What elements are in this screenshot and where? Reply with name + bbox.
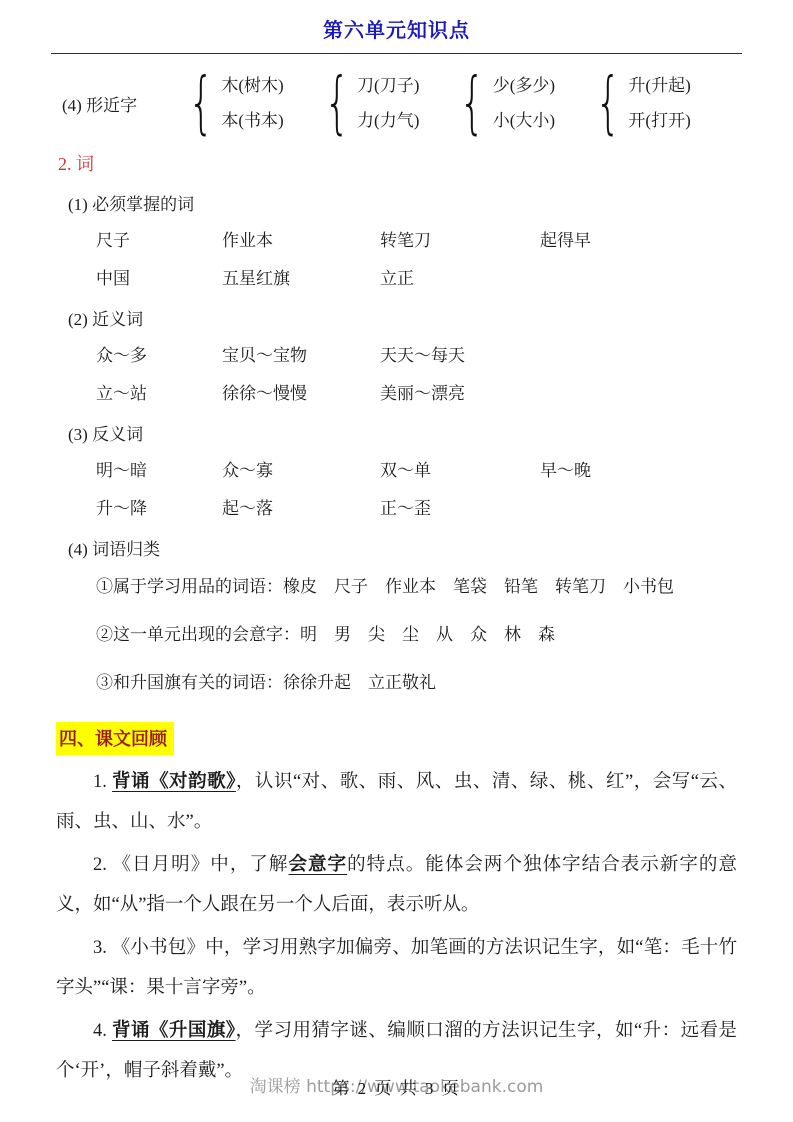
document-page: 第六单元知识点 (4) 形近字 { 木(树木) 本(书本) { 刀(刀子) 力(… — [0, 0, 793, 1122]
word-cell: 天天～每天 — [380, 344, 540, 368]
word-cell — [540, 382, 737, 406]
brace-item: 木(树木) — [221, 71, 283, 101]
word-cell — [540, 497, 737, 521]
word-cell — [540, 267, 737, 291]
page-title: 第六单元知识点 — [56, 14, 737, 43]
left-brace-icon: { — [324, 69, 350, 137]
word-cell: 徐徐～慢慢 — [222, 382, 380, 406]
header-divider — [51, 53, 742, 54]
word-cell: 中国 — [96, 267, 222, 291]
word-cell: 转笔刀 — [380, 229, 540, 253]
classification-label: (4) 词语归类 — [68, 535, 737, 560]
text-run-bold-underline: 会意字 — [288, 855, 347, 875]
word-row: 尺子 作业本 转笔刀 起得早 — [56, 229, 737, 253]
classification-item: ③和升国旗有关的词语：徐徐升起 立正敬礼 — [56, 670, 737, 696]
word-cell: 明～暗 — [96, 459, 222, 483]
review-paragraph: 3. 《小书包》中，学习用熟字加偏旁、加笔画的方法识记生字，如“笔：毛十竹字头”… — [56, 929, 737, 1009]
mastery-words-label: (1) 必须掌握的词 — [68, 190, 737, 215]
brace-group: { 少(多少) 小(大小) — [455, 71, 555, 136]
word-cell: 作业本 — [222, 229, 380, 253]
similar-characters-label: (4) 形近字 — [62, 91, 184, 116]
text-run: 1. — [93, 772, 112, 792]
left-brace-icon: { — [188, 69, 214, 137]
text-run-bold-underline: 背诵《对韵歌》 — [112, 772, 236, 792]
word-cell: 众～多 — [96, 344, 222, 368]
synonyms-label: (2) 近义词 — [68, 305, 737, 330]
brace-item: 升(升起) — [628, 71, 690, 101]
word-cell: 立正 — [380, 267, 540, 291]
section-similar-characters: (4) 形近字 { 木(树木) 本(书本) { 刀(刀子) 力(力气) { 少(… — [62, 64, 737, 142]
brace-group: { 升(升起) 开(打开) — [591, 71, 691, 136]
text-run-bold-underline: 背诵《升国旗》 — [112, 1021, 236, 1041]
word-row: 升～降 起～落 正～歪 — [56, 497, 737, 521]
word-cell: 双～单 — [380, 459, 540, 483]
brace-group: { 木(树木) 本(书本) — [184, 71, 284, 136]
word-cell: 立～站 — [96, 382, 222, 406]
brace-item: 少(多少) — [493, 71, 555, 101]
antonyms-label: (3) 反义词 — [68, 420, 737, 445]
word-cell: 升～降 — [96, 497, 222, 521]
brace-item: 刀(刀子) — [357, 71, 419, 101]
word-cell: 早～晚 — [540, 459, 737, 483]
word-row: 立～站 徐徐～慢慢 美丽～漂亮 — [56, 382, 737, 406]
left-brace-icon: { — [595, 69, 621, 137]
word-cell: 美丽～漂亮 — [380, 382, 540, 406]
text-run: 3. 《小书包》中，学习用熟字加偏旁、加笔画的方法识记生字，如“笔：毛十竹字头”… — [56, 938, 737, 998]
word-cell: 起～落 — [222, 497, 380, 521]
review-paragraph: 1. 背诵《对韵歌》，认识“对、歌、雨、风、虫、清、绿、桃、红”，会写“云、雨、… — [56, 763, 737, 843]
classification-item: ②这一单元出现的会意字：明 男 尖 尘 从 众 林 森 — [56, 622, 737, 648]
brace-groups: { 木(树木) 本(书本) { 刀(刀子) 力(力气) { 少(多少) 小(大小… — [184, 71, 691, 136]
page-footer: 淘课榜 https://www.taokebank.com 第 2 页 共 3 … — [0, 1070, 793, 1098]
text-run: 4. — [93, 1021, 112, 1041]
word-row: 明～暗 众～寡 双～单 早～晚 — [56, 459, 737, 483]
brace-item: 力(力气) — [357, 106, 419, 136]
word-cell: 起得早 — [540, 229, 737, 253]
word-row: 中国 五星红旗 立正 — [56, 267, 737, 291]
review-paragraph: 2. 《日月明》中，了解会意字的特点。能体会两个独体字结合表示新字的意义，如“从… — [56, 846, 737, 926]
word-row: 众～多 宝贝～宝物 天天～每天 — [56, 344, 737, 368]
brace-item: 小(大小) — [493, 106, 555, 136]
brace-item: 本(书本) — [221, 106, 283, 136]
brace-group: { 刀(刀子) 力(力气) — [320, 71, 420, 136]
page-indicator: 第 2 页 共 3 页 — [0, 1074, 793, 1099]
word-cell — [540, 344, 737, 368]
word-cell: 宝贝～宝物 — [222, 344, 380, 368]
word-cell: 正～歪 — [380, 497, 540, 521]
word-cell: 尺子 — [96, 229, 222, 253]
classification-item: ①属于学习用品的词语：橡皮 尺子 作业本 笔袋 铅笔 转笔刀 小书包 — [56, 574, 737, 600]
text-run: 2. 《日月明》中，了解 — [93, 855, 288, 875]
words-section-heading: 2. 词 — [58, 150, 737, 176]
brace-item: 开(打开) — [628, 106, 690, 136]
word-cell: 五星红旗 — [222, 267, 380, 291]
word-cell: 众～寡 — [222, 459, 380, 483]
review-section-heading: 四、课文回顾 — [56, 722, 174, 755]
left-brace-icon: { — [460, 69, 486, 137]
